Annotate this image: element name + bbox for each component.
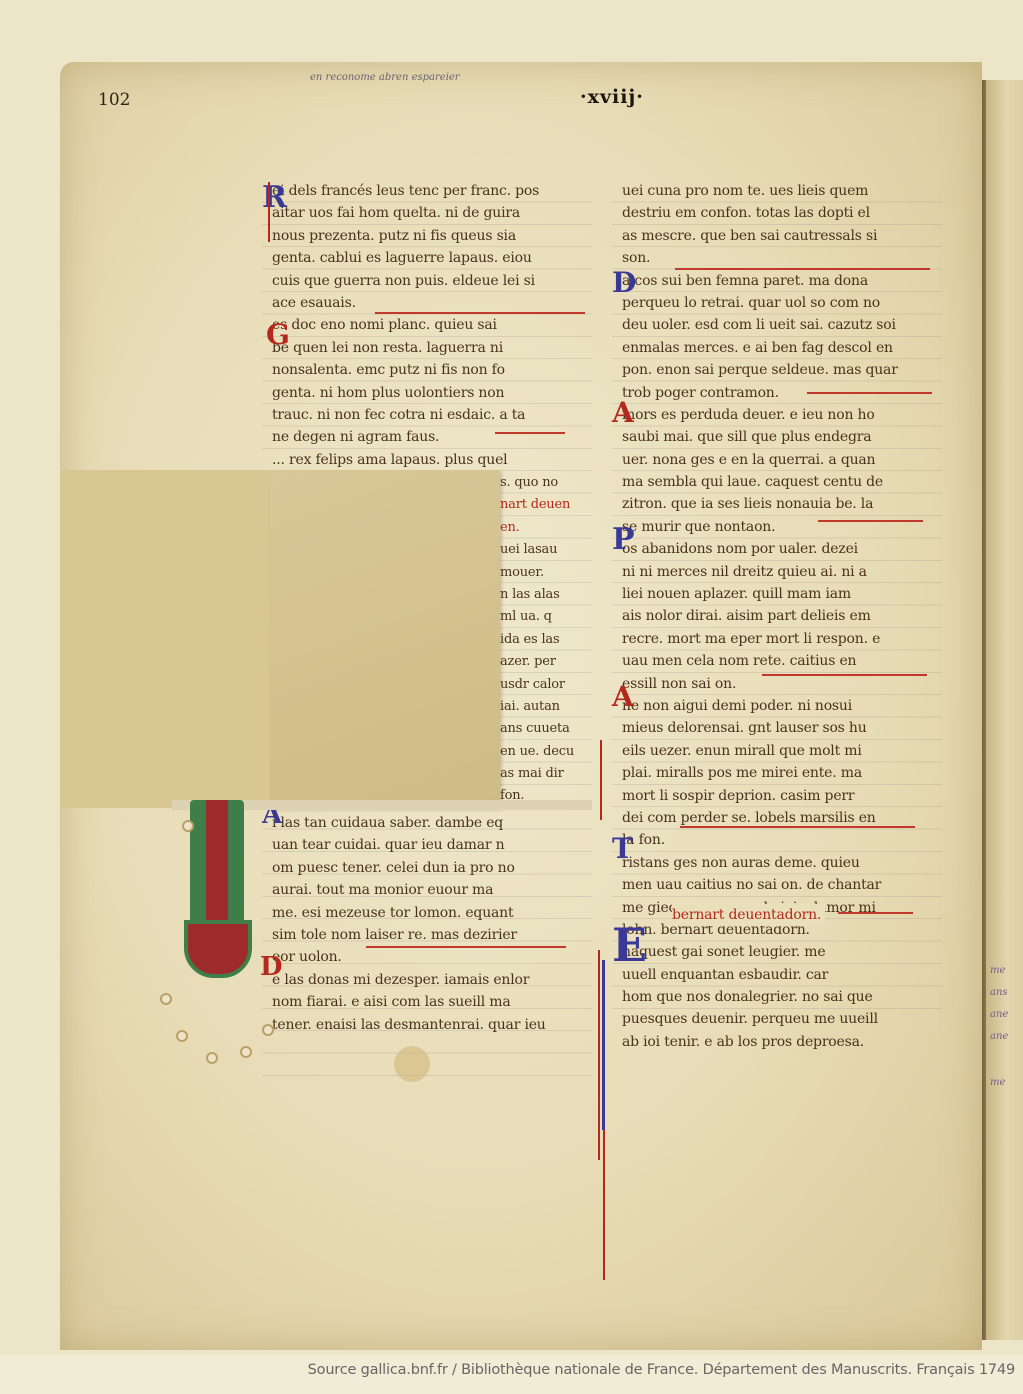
stanza-end-rule xyxy=(366,946,566,948)
stanza-end-rule xyxy=(495,432,565,434)
text-line: tener. enaisi las desmantenrai. quar ieu xyxy=(272,1014,584,1036)
text-line: genta. cablui es laguerre lapaus. eiou xyxy=(272,247,584,269)
text-line: usdr calor xyxy=(500,674,590,696)
text-line: ml ua. q xyxy=(500,606,590,628)
decorated-initial-t: T xyxy=(612,832,633,865)
column-a: ei dels francés leus tenc per franc. pos… xyxy=(272,180,584,471)
ornament-dot xyxy=(176,1030,188,1042)
text-line: mouer. xyxy=(500,562,590,584)
column-a-fragment: s. quo no nart deuen en. uei lasau mouer… xyxy=(500,472,590,808)
decorated-initial-g: G xyxy=(266,318,290,351)
text-line: destriu em confon. totas las dopti el xyxy=(622,202,932,224)
facing-page-edge xyxy=(982,80,1023,1340)
text-line: azer. per xyxy=(500,651,590,673)
text-line: i las tan cuidaua saber. dambe eq xyxy=(272,812,584,834)
text-line: me. esi mezeuse tor lomon. equant xyxy=(272,902,584,924)
text-line: ace esauais. xyxy=(272,292,584,314)
decorated-initial-p: P xyxy=(612,522,635,557)
text-line: aurai. tout ma monior euour ma xyxy=(272,879,584,901)
parchment-repair-patch xyxy=(270,470,500,808)
stanza: ne non aigui demi poder. ni nosui mieus … xyxy=(622,695,932,852)
stanza: es doc eno nomi planc. quieu sai be quen… xyxy=(272,314,584,448)
text-line: nous prezenta. putz ni fis queus sia xyxy=(272,225,584,247)
text-line: puesques deuenir. perqueu me uueill xyxy=(622,1008,932,1030)
text-line: n las alas xyxy=(500,584,590,606)
folio-number: 102 xyxy=(98,90,130,110)
stanza: uei cuna pro nom te. ues lieis quem dest… xyxy=(622,180,932,270)
ornament-dot xyxy=(206,1052,218,1064)
column-a-lower: i las tan cuidaua saber. dambe eq uan te… xyxy=(272,812,584,1036)
decorated-initial-d: D xyxy=(612,266,636,299)
text-line: ida es las xyxy=(500,629,590,651)
parchment-repair-left xyxy=(60,470,272,808)
initial-hook xyxy=(184,920,252,978)
text-line: uer. nona ges e en la querrai. a quan xyxy=(622,449,932,471)
ornament-dot xyxy=(182,820,194,832)
rubric-line: nart deuen xyxy=(500,494,590,516)
stanza-end-rule xyxy=(680,826,915,828)
text-line: en ue. decu xyxy=(500,741,590,763)
text-line: aitar uos fai hom quelta. ni de guira xyxy=(272,202,584,224)
text-line: iai. autan xyxy=(500,696,590,718)
ornament-dot xyxy=(262,1024,274,1036)
text-line: eor uolon. xyxy=(272,946,584,968)
text-line: ais nolor dirai. aisim part delieis em xyxy=(622,605,932,627)
ornament-dot xyxy=(160,993,172,1005)
stanza: ... rex felips ama lapaus. plus quel xyxy=(272,449,584,471)
gutter-shadow xyxy=(982,80,986,1340)
margin-mark: ans xyxy=(990,982,1008,1004)
text-line: ab ioi tenir. e ab los pros deproesa. xyxy=(622,1031,932,1053)
decorated-initial-r: R xyxy=(262,180,287,215)
source-caption: Source gallica.bnf.fr / Bibliothèque nat… xyxy=(308,1362,1015,1378)
text-line: men uau caitius no sai on. de chantar xyxy=(622,874,932,896)
stanza-end-rule xyxy=(375,312,585,314)
text-line: eils uezer. enun mirall que molt mi xyxy=(622,740,932,762)
pen-flourish xyxy=(268,182,270,242)
text-line: es doc eno nomi planc. quieu sai xyxy=(272,314,584,336)
stanza: ristans ges non auras deme. quieu men ua… xyxy=(622,852,932,942)
text-line: nonsalenta. emc putz ni fis non fo xyxy=(272,359,584,381)
stanza: naquest gai sonet leugier. me uuell enqu… xyxy=(622,941,932,1053)
rubric-attribution: bernart deuentadorn. xyxy=(672,904,825,926)
decorated-initial-d: D xyxy=(260,952,283,982)
text-line: ne degen ni agram faus. xyxy=(272,426,584,448)
text-line: ei dels francés leus tenc per franc. pos xyxy=(272,180,584,202)
pen-flourish xyxy=(600,740,602,820)
text-line: aicos sui ben femna paret. ma dona xyxy=(622,270,932,292)
text-line: saubi mai. que sill que plus endegra xyxy=(622,426,932,448)
text-line: plai. miralls pos me mirei ente. ma xyxy=(622,762,932,784)
stanza: os abanidons nom por ualer. dezei ni ni … xyxy=(622,538,932,695)
stanza-end-rule xyxy=(675,268,930,270)
text-line: uau men cela nom rete. caitius en xyxy=(622,650,932,672)
text-line: mieus delorensai. gnt lauser sos hu xyxy=(622,717,932,739)
text-line: zitron. que ia ses lieis nonauia be. la xyxy=(622,493,932,515)
margin-mark: ane xyxy=(990,1026,1008,1048)
stanza: ei dels francés leus tenc per franc. pos… xyxy=(272,180,584,314)
stanza-end-rule xyxy=(818,520,923,522)
text-line: uuell enquantan esbaudir. car xyxy=(622,964,932,986)
decorated-initial-a: A xyxy=(612,396,634,429)
stanza-end-rule xyxy=(762,674,927,676)
text-line: ne non aigui demi poder. ni nosui xyxy=(622,695,932,717)
text-line: as mescre. que ben sai cautressals si xyxy=(622,225,932,247)
text-line: uei cuna pro nom te. ues lieis quem xyxy=(622,180,932,202)
stanza-end-rule xyxy=(838,912,913,914)
stanza: aicos sui ben femna paret. ma dona perqu… xyxy=(622,270,932,404)
stanza: mors es perduda deuer. e ieu non ho saub… xyxy=(622,404,932,538)
text-line: mors es perduda deuer. e ieu non ho xyxy=(622,404,932,426)
text-line: perqueu lo retrai. quar uol so com no xyxy=(622,292,932,314)
parchment-stain xyxy=(394,1046,430,1082)
text-line: en. xyxy=(500,517,590,539)
text-line: mort li sospir deprion. casim perr xyxy=(622,785,932,807)
text-line: liei nouen aplazer. quill mam iam xyxy=(622,583,932,605)
text-line: uei lasau xyxy=(500,539,590,561)
text-line: uan tear cuidai. quar ieu damar n xyxy=(272,834,584,856)
ornament-dot xyxy=(240,1046,252,1058)
pen-flourish-tail xyxy=(603,1130,605,1280)
text-line: genta. ni hom plus uolontiers non xyxy=(272,382,584,404)
text-line: enmalas merces. e ai ben fag descol en xyxy=(622,337,932,359)
decorated-initial-a: A xyxy=(612,680,634,713)
text-line: deu uoler. esd com li ueit sai. cazutz s… xyxy=(622,314,932,336)
top-marginal-note: en reconome abren espareier xyxy=(310,72,460,83)
text-line: ristans ges non auras deme. quieu xyxy=(622,852,932,874)
text-line: as mai dir xyxy=(500,763,590,785)
text-line: ma sembla qui laue. caquest centu de xyxy=(622,471,932,493)
text-line: ni ni merces nil dreitz quieu ai. ni a xyxy=(622,561,932,583)
stanza-end-rule xyxy=(807,392,932,394)
text-line: s. quo no xyxy=(500,472,590,494)
text-line: ... rex felips ama lapaus. plus quel xyxy=(272,449,584,471)
text-line: be quen lei non resta. laguerra ni xyxy=(272,337,584,359)
text-line: sim tole nom laiser re. mas dezirier xyxy=(272,924,584,946)
text-line: pon. enon sai perque seldeue. mas quar xyxy=(622,359,932,381)
text-line: ans cuueta xyxy=(500,718,590,740)
pen-flourish-blue xyxy=(602,960,605,1130)
text-line: om puesc tener. celei dun ia pro no xyxy=(272,857,584,879)
margin-mark: ane xyxy=(990,1004,1008,1026)
running-head: ·xviij· xyxy=(580,86,644,108)
decorated-initial-e: E xyxy=(612,918,647,972)
stanza: e las donas mi dezesper. iamais enlor no… xyxy=(272,969,584,1036)
pen-flourish xyxy=(598,950,600,1160)
text-line: naquest gai sonet leugier. me xyxy=(622,941,932,963)
text-line: son. xyxy=(622,247,932,269)
text-line: recre. mort ma eper mort li respon. e xyxy=(622,628,932,650)
margin-mark: me xyxy=(990,960,1008,982)
facing-page-marks: me ans ane ane me xyxy=(990,960,1008,1094)
text-line: hom que nos donalegrier. no sai que xyxy=(622,986,932,1008)
text-line: trauc. ni non fec cotra ni esdaic. a ta xyxy=(272,404,584,426)
text-line: e las donas mi dezesper. iamais enlor xyxy=(272,969,584,991)
margin-mark: me xyxy=(990,1072,1008,1094)
text-line: cuis que guerra non puis. eldeue lei si xyxy=(272,270,584,292)
text-line: os abanidons nom por ualer. dezei xyxy=(622,538,932,560)
text-line: nom fiarai. e aisi com las sueill ma xyxy=(272,991,584,1013)
text-line: la fon. xyxy=(622,829,932,851)
